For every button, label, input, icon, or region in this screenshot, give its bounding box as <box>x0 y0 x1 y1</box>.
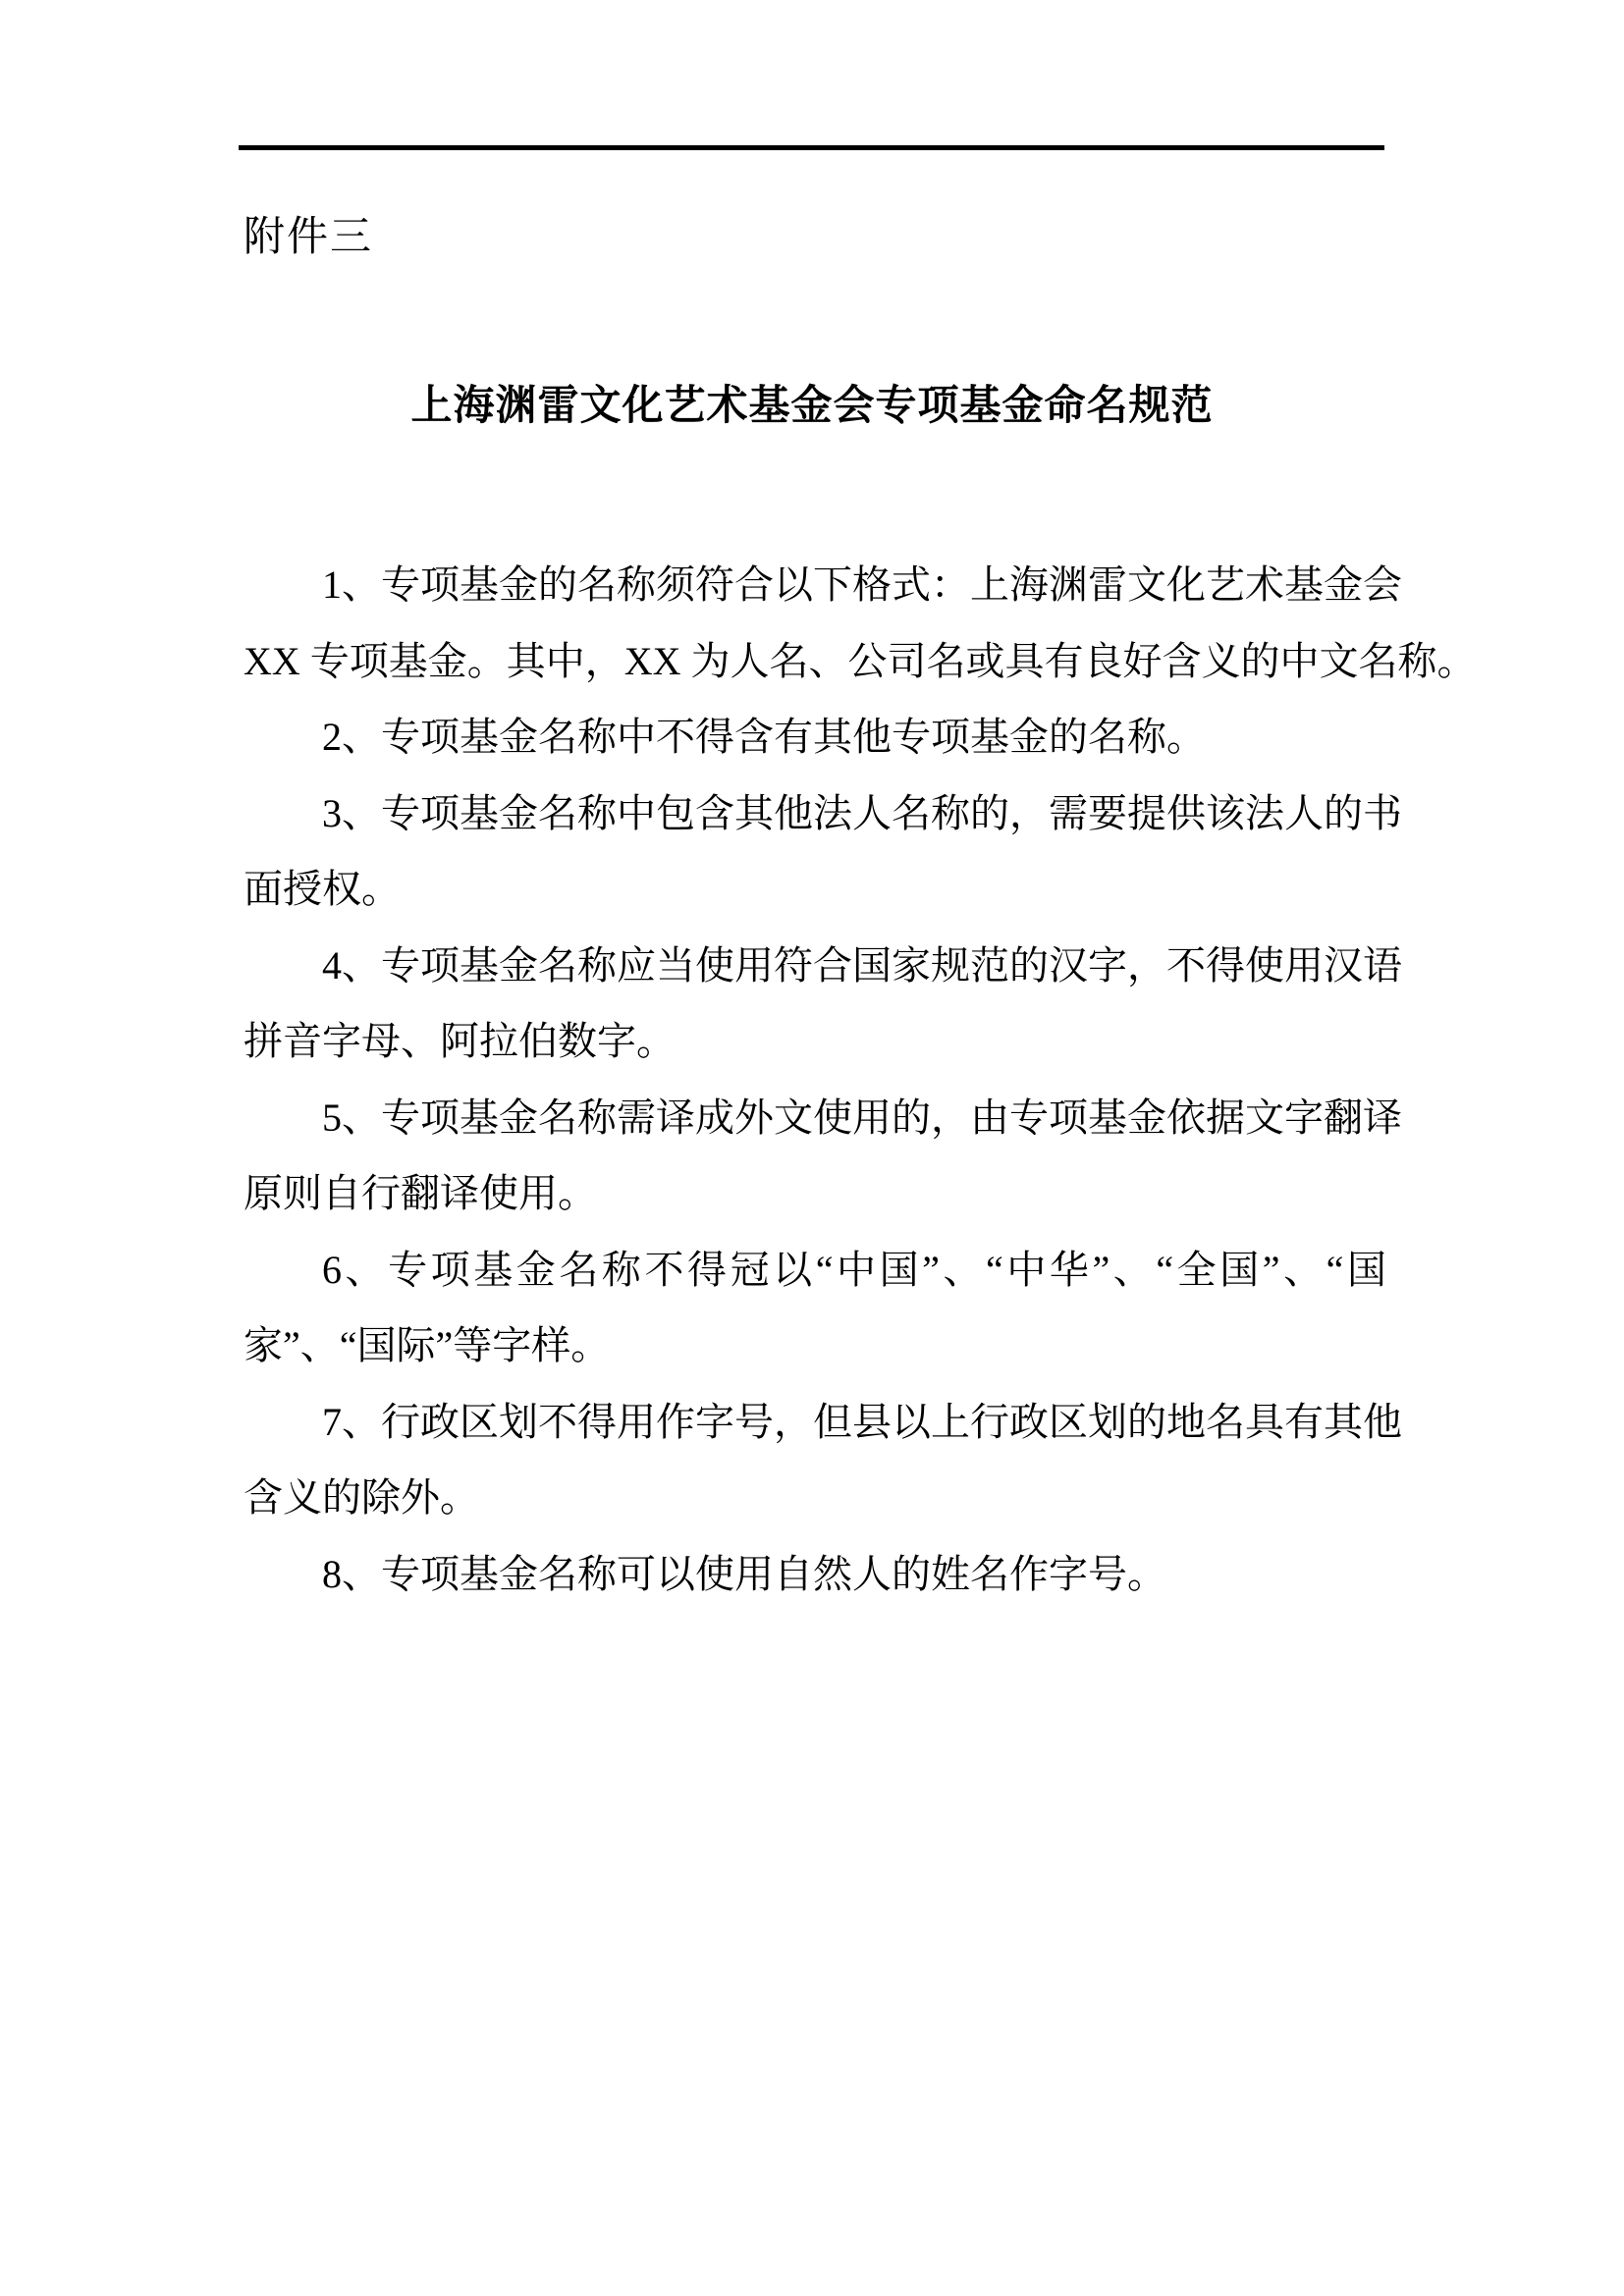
paragraph-line: 面授权。 <box>244 851 1386 928</box>
header-rule <box>239 145 1384 150</box>
document-title: 上海渊雷文化艺术基金会专项基金命名规范 <box>0 383 1624 430</box>
paragraph-7: 7、行政区划不得用作字号，但县以上行政区划的地名具有其他 含义的除外。 <box>244 1384 1386 1536</box>
paragraph-line: 原则自行翻译使用。 <box>244 1155 1386 1232</box>
paragraph-8: 8、专项基金名称可以使用自然人的姓名作字号。 <box>244 1536 1386 1613</box>
paragraph-2: 2、专项基金名称中不得含有其他专项基金的名称。 <box>244 699 1386 775</box>
paragraph-line: 拼音字母、阿拉伯数字。 <box>244 1003 1386 1080</box>
document-page: 附件三 上海渊雷文化艺术基金会专项基金命名规范 1、专项基金的名称须符合以下格式… <box>0 0 1624 2296</box>
paragraph-line: 含义的除外。 <box>244 1460 1386 1536</box>
paragraph-line: 家”、“国际”等字样。 <box>244 1308 1386 1384</box>
paragraph-4: 4、专项基金名称应当使用符合国家规范的汉字，不得使用汉语 拼音字母、阿拉伯数字。 <box>244 928 1386 1080</box>
paragraph-line: XX 专项基金。其中，XX 为人名、公司名或具有良好含义的中文名称。 <box>244 623 1386 700</box>
paragraph-line: 2、专项基金名称中不得含有其他专项基金的名称。 <box>244 699 1386 775</box>
document-body: 1、专项基金的名称须符合以下格式：上海渊雷文化艺术基金会 XX 专项基金。其中，… <box>244 547 1386 1612</box>
paragraph-3: 3、专项基金名称中包含其他法人名称的，需要提供该法人的书 面授权。 <box>244 775 1386 928</box>
paragraph-line: 1、专项基金的名称须符合以下格式：上海渊雷文化艺术基金会 <box>244 547 1386 623</box>
paragraph-6: 6、专项基金名称不得冠以“中国”、“中华”、“全国”、“国 家”、“国际”等字样… <box>244 1232 1386 1384</box>
paragraph-line: 4、专项基金名称应当使用符合国家规范的汉字，不得使用汉语 <box>244 928 1386 1004</box>
paragraph-5: 5、专项基金名称需译成外文使用的，由专项基金依据文字翻译 原则自行翻译使用。 <box>244 1080 1386 1232</box>
paragraph-line: 6、专项基金名称不得冠以“中国”、“中华”、“全国”、“国 <box>244 1232 1386 1308</box>
paragraph-line: 7、行政区划不得用作字号，但县以上行政区划的地名具有其他 <box>244 1384 1386 1461</box>
attachment-label: 附件三 <box>244 214 373 261</box>
paragraph-line: 3、专项基金名称中包含其他法人名称的，需要提供该法人的书 <box>244 775 1386 852</box>
paragraph-1: 1、专项基金的名称须符合以下格式：上海渊雷文化艺术基金会 XX 专项基金。其中，… <box>244 547 1386 699</box>
paragraph-line: 8、专项基金名称可以使用自然人的姓名作字号。 <box>244 1536 1386 1613</box>
paragraph-line: 5、专项基金名称需译成外文使用的，由专项基金依据文字翻译 <box>244 1080 1386 1156</box>
